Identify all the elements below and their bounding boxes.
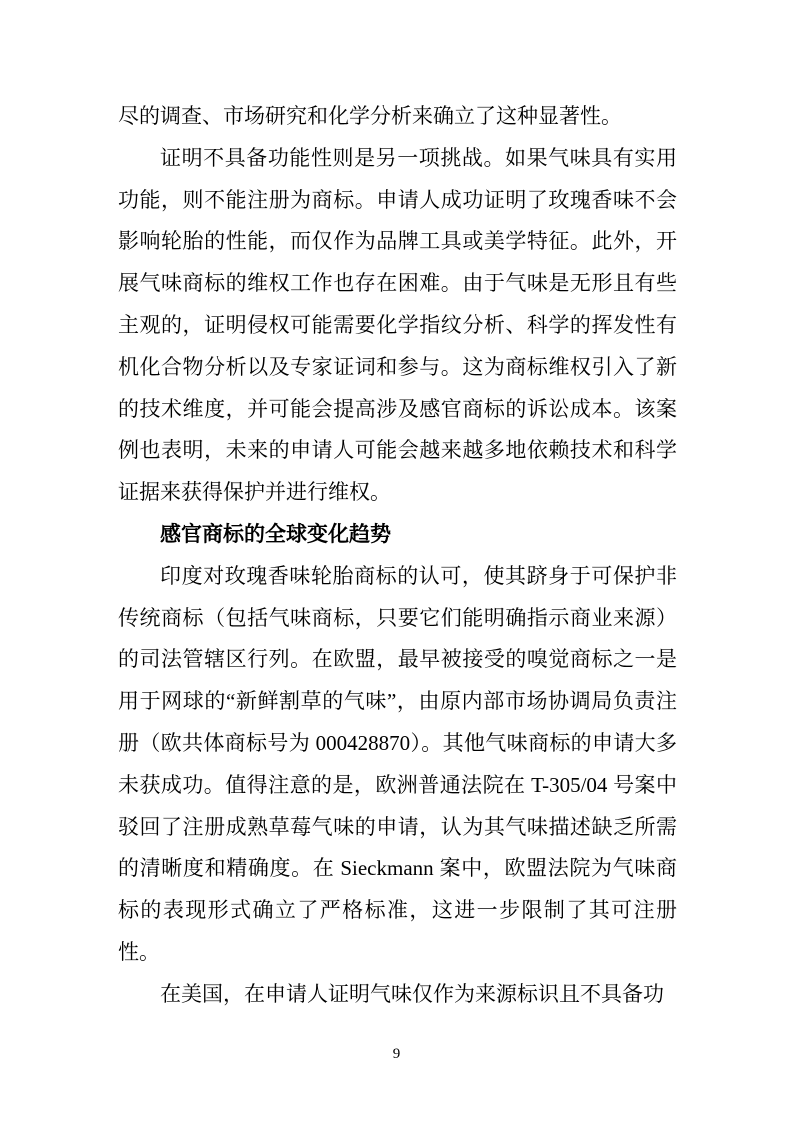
page-footer: 9 [0, 1044, 793, 1064]
paragraph-continuation: 尽的调查、市场研究和化学分析来确立了这种显著性。 [118, 96, 677, 138]
document-page: 尽的调查、市场研究和化学分析来确立了这种显著性。 证明不具备功能性则是另一项挑战… [0, 0, 793, 1122]
paragraph-eu-jurisdictions: 印度对玫瑰香味轮胎商标的认可，使其跻身于可保护非传统商标（包括气味商标，只要它们… [118, 556, 677, 974]
document-body: 尽的调查、市场研究和化学分析来确立了这种显著性。 证明不具备功能性则是另一项挑战… [118, 96, 677, 1016]
paragraph-us-intro: 在美国，在申请人证明气味仅作为来源标识且不具备功 [118, 974, 677, 1016]
page-number: 9 [393, 1046, 401, 1062]
paragraph-functionality-challenge: 证明不具备功能性则是另一项挑战。如果气味具有实用功能，则不能注册为商标。申请人成… [118, 138, 677, 514]
section-heading-global-trends: 感官商标的全球变化趋势 [118, 514, 677, 556]
